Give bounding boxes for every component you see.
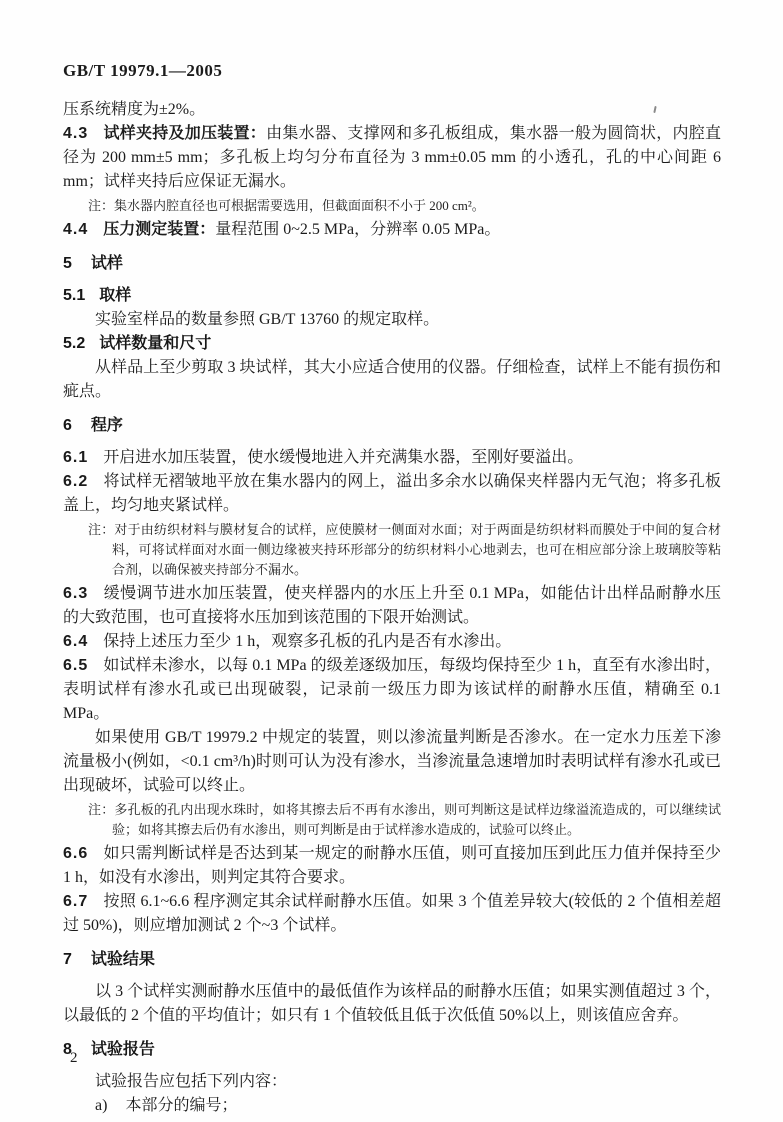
paragraph-5-2: 从样品上至少剪取 3 块试样，其大小应适合使用的仪器。仔细检查，试样上不能有损伤…	[63, 356, 721, 404]
section-number: 5	[63, 255, 72, 272]
clause-6-4: 6.4保持上述压力至少 1 h，观察多孔板的孔内是否有水渗出。	[63, 630, 721, 654]
paragraph-5-1: 实验室样品的数量参照 GB/T 13760 的规定取样。	[63, 308, 721, 332]
clause-text: 按照 6.1~6.6 程序测定其余试样耐静水压值。如果 3 个值差异较大(较低的…	[63, 893, 721, 934]
section-number: 6	[63, 417, 72, 434]
clause-title: 压力测定装置：	[103, 221, 215, 238]
list-item-text: 本部分的编号；	[125, 1097, 237, 1114]
section-title: 试样	[91, 255, 123, 272]
section-heading-5: 5试样	[63, 252, 721, 276]
note-text: 对于由纺织材料与膜材复合的试样，应使膜材一侧面对水面；对于两面是纺织材料而膜处于…	[112, 522, 721, 577]
clause-title: 试样夹持及加压装置：	[103, 125, 266, 142]
note-label: 注：	[88, 802, 114, 817]
note-label: 注：	[88, 198, 114, 213]
section-title: 试验结果	[91, 951, 155, 968]
clause-number: 4.3	[63, 125, 88, 142]
section-title: 程序	[91, 417, 123, 434]
clause-6-5: 6.5如试样未渗水，以每 0.1 MPa 的级差逐级加压，每级均保持至少 1 h…	[63, 654, 721, 726]
section-heading-8: 8试验报告	[63, 1038, 721, 1062]
clause-text: 保持上述压力至少 1 h，观察多孔板的孔内是否有水渗出。	[103, 633, 511, 650]
clause-text: 如只需判断试样是否达到某一规定的耐静水压值，则可直接加压到此压力值并保持至少 1…	[63, 845, 721, 886]
clause-number: 6.5	[63, 657, 88, 674]
note-4-3: 注：集水器内腔直径也可根据需要选用，但截面面积不小于 200 cm²。	[63, 196, 721, 216]
paragraph-8: 试验报告应包括下列内容：	[63, 1070, 721, 1094]
clause-4-3: 4.3试样夹持及加压装置：由集水器、支撑网和多孔板组成，集水器一般为圆筒状，内腔…	[63, 122, 721, 194]
document-content: GB/T 19979.1—2005 压系统精度为±2%。 4.3试样夹持及加压装…	[63, 60, 721, 1118]
paragraph-7: 以 3 个试样实测耐静水压值中的最低值作为该样品的耐静水压值；如果实测值超过 3…	[63, 980, 721, 1028]
section-number: 5.2	[63, 335, 85, 352]
note-6-5: 注：多孔板的孔内出现水珠时，如将其擦去后不再有水渗出，则可判断这是试样边缘溢流造…	[63, 800, 721, 840]
page-number: 2	[70, 1048, 78, 1068]
note-text: 多孔板的孔内出现水珠时，如将其擦去后不再有水渗出，则可判断这是试样边缘溢流造成的…	[112, 802, 721, 837]
clause-6-3: 6.3缓慢调节进水加压装置，使夹样器内的水压上升至 0.1 MPa，如能估计出样…	[63, 582, 721, 630]
note-text: 集水器内腔直径也可根据需要选用，但截面面积不小于 200 cm²。	[114, 198, 485, 213]
clause-text: 缓慢调节进水加压装置，使夹样器内的水压上升至 0.1 MPa，如能估计出样品耐静…	[63, 585, 721, 626]
section-title: 取样	[99, 287, 131, 304]
section-number: 7	[63, 951, 72, 968]
clause-6-1: 6.1开启进水加压装置，使水缓慢地进入并充满集水器，至刚好要溢出。	[63, 446, 721, 470]
subsection-heading-5-1: 5.1取样	[63, 284, 721, 308]
note-label: 注：	[88, 522, 114, 537]
list-item-a: a)本部分的编号；	[63, 1094, 721, 1118]
paragraph-6-5: 如果使用 GB/T 19979.2 中规定的装置，则以渗流量判断是否渗水。在一定…	[63, 726, 721, 798]
clause-text: 如试样未渗水，以每 0.1 MPa 的级差逐级加压，每级均保持至少 1 h，直至…	[63, 657, 721, 722]
clause-6-2: 6.2将试样无褶皱地平放在集水器内的网上，溢出多余水以确保夹样器内无气泡；将多孔…	[63, 470, 721, 518]
clause-number: 6.1	[63, 449, 88, 466]
clause-text: 量程范围 0~2.5 MPa，分辨率 0.05 MPa。	[215, 221, 500, 238]
document-header: GB/T 19979.1—2005	[63, 60, 721, 82]
section-title: 试样数量和尺寸	[99, 335, 211, 352]
note-6-2: 注：对于由纺织材料与膜材复合的试样，应使膜材一侧面对水面；对于两面是纺织材料而膜…	[63, 520, 721, 580]
section-heading-7: 7试验结果	[63, 948, 721, 972]
clause-text: 将试样无褶皱地平放在集水器内的网上，溢出多余水以确保夹样器内无气泡；将多孔板盖上…	[63, 473, 721, 514]
section-heading-6: 6程序	[63, 414, 721, 438]
clause-number: 6.3	[63, 585, 88, 602]
clause-number: 6.2	[63, 473, 88, 490]
clause-number: 6.4	[63, 633, 88, 650]
subsection-heading-5-2: 5.2试样数量和尺寸	[63, 332, 721, 356]
clause-number: 6.7	[63, 893, 88, 910]
clause-6-6: 6.6如只需判断试样是否达到某一规定的耐静水压值，则可直接加压到此压力值并保持至…	[63, 842, 721, 890]
list-item-label: a)	[95, 1097, 107, 1114]
clause-4-4: 4.4压力测定装置：量程范围 0~2.5 MPa，分辨率 0.05 MPa。	[63, 218, 721, 242]
clause-number: 6.6	[63, 845, 88, 862]
section-number: 5.1	[63, 287, 85, 304]
clause-number: 4.4	[63, 221, 88, 238]
document-page: GB/T 19979.1—2005 压系统精度为±2%。 4.3试样夹持及加压装…	[0, 0, 783, 1122]
section-title: 试验报告	[91, 1041, 155, 1058]
paragraph-continuation: 压系统精度为±2%。	[63, 98, 721, 122]
clause-6-7: 6.7按照 6.1~6.6 程序测定其余试样耐静水压值。如果 3 个值差异较大(…	[63, 890, 721, 938]
clause-text: 开启进水加压装置，使水缓慢地进入并充满集水器，至刚好要溢出。	[103, 449, 583, 466]
